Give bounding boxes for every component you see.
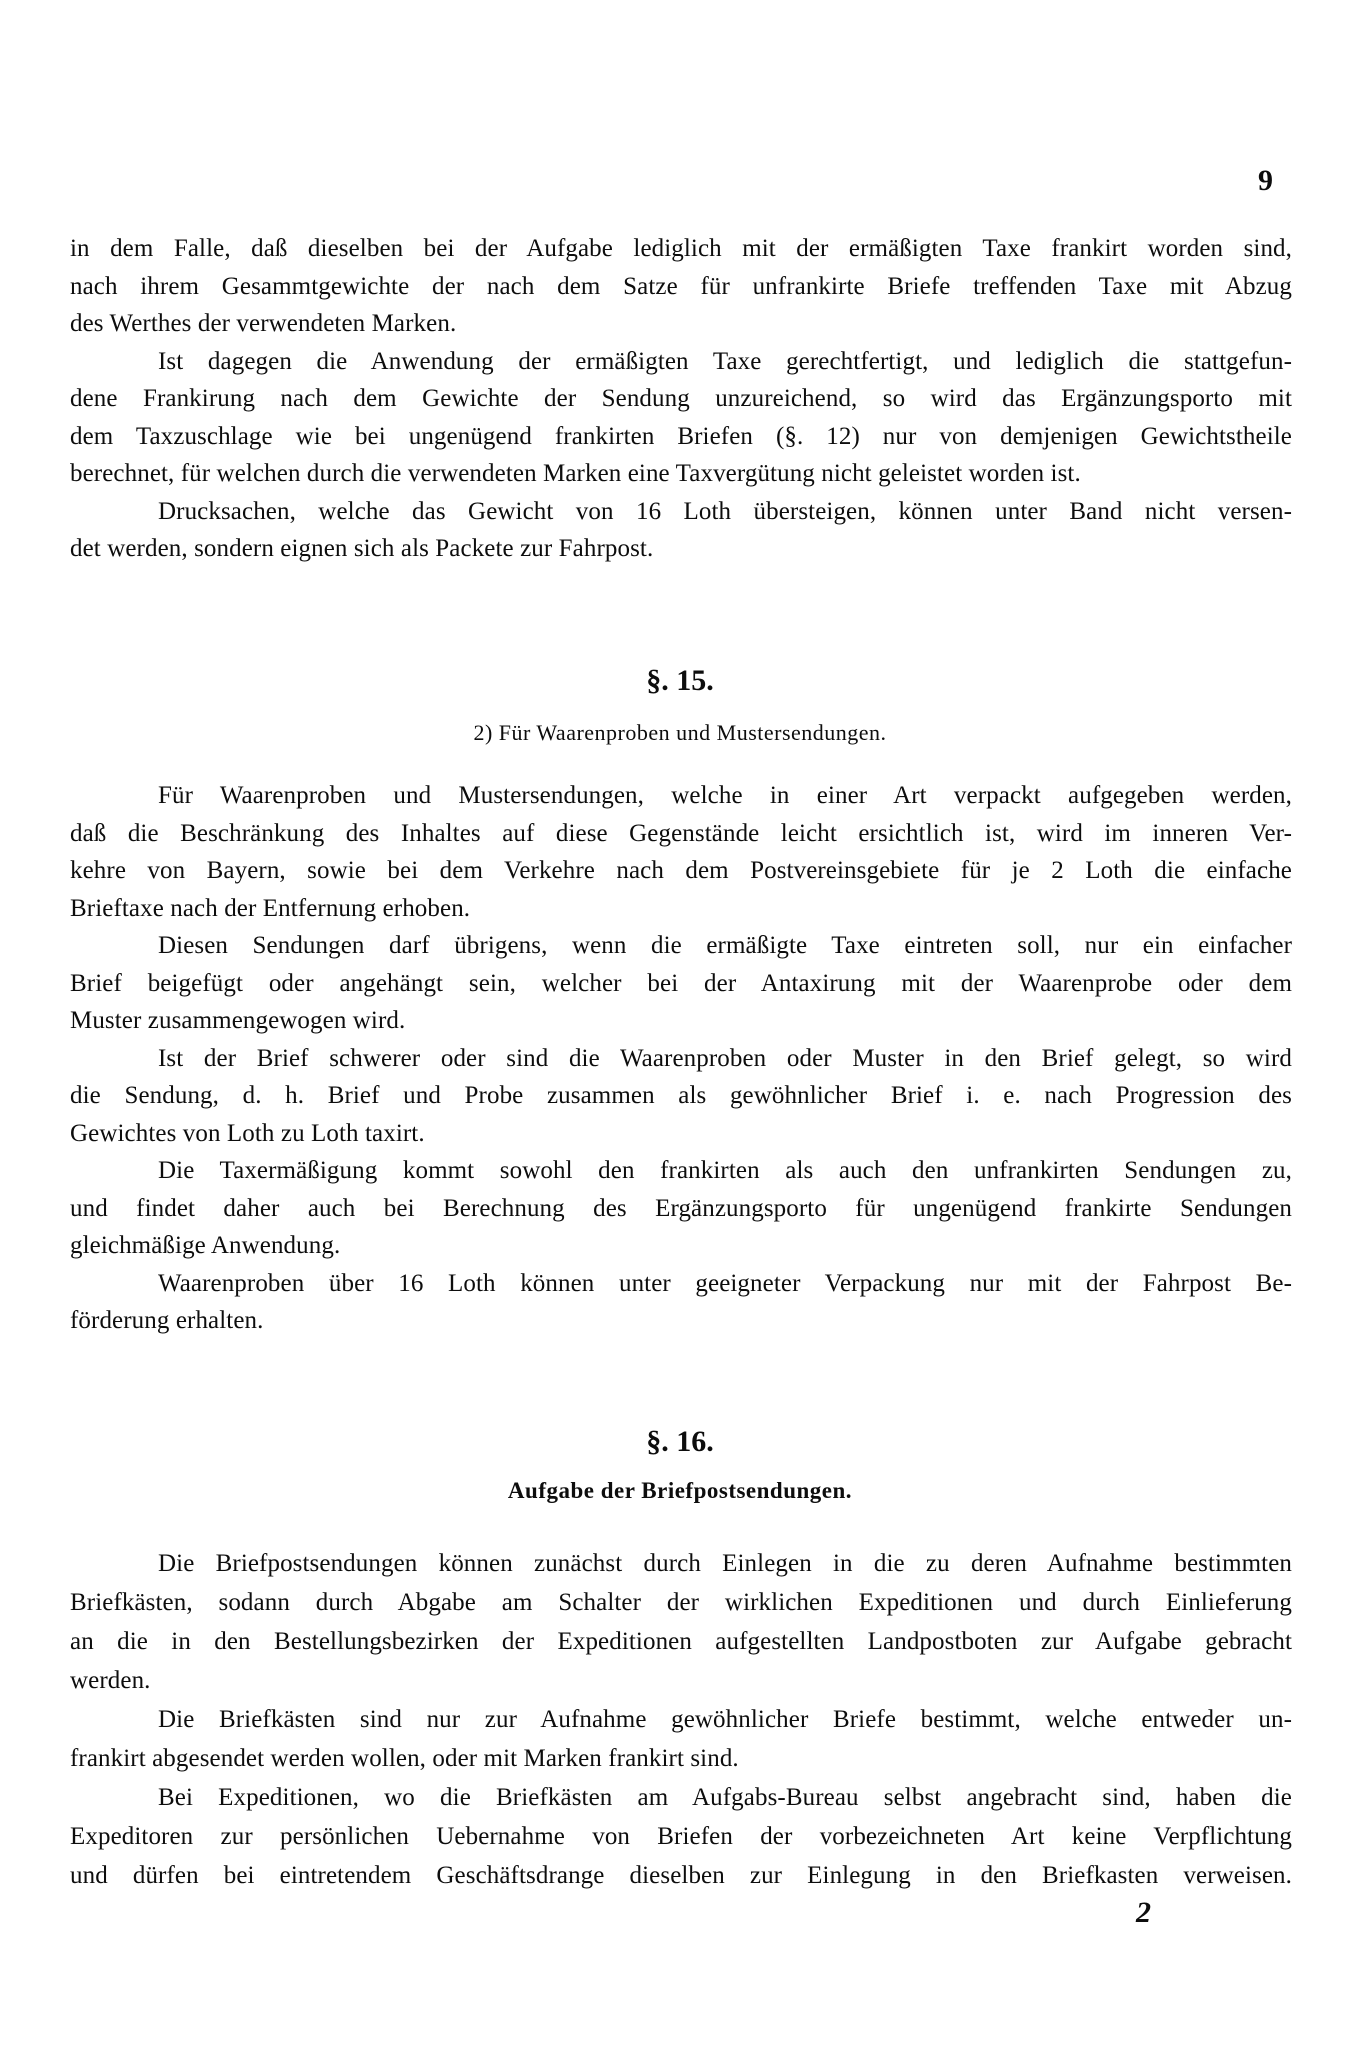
intro-block: in dem Falle, daß dieselben bei der Aufg… [70, 230, 1292, 568]
text-line: förderung erhalten. [70, 1302, 1292, 1340]
section-15-heading: §. 15. [0, 664, 1360, 698]
text-line: daß die Beschränkung des Inhaltes auf di… [70, 815, 1292, 853]
text-line: Die Briefpostsendungen können zunächst d… [70, 1544, 1292, 1583]
section-15-subtitle: 2) Für Waarenproben und Mustersendungen. [0, 720, 1360, 746]
text-line: Brieftaxe nach der Entfernung erhoben. [70, 890, 1292, 928]
text-line: werden. [70, 1661, 1292, 1700]
paragraph: Diesen Sendungen darf übrigens, wenn die… [70, 927, 1292, 1040]
text-line: Brief beigefügt oder angehängt sein, wel… [70, 965, 1292, 1003]
section-16-subtitle: Aufgabe der Briefpostsendungen. [0, 1478, 1360, 1504]
text-line: det werden, sondern eignen sich als Pack… [70, 530, 1292, 568]
text-line: Gewichtes von Loth zu Loth taxirt. [70, 1115, 1292, 1153]
text-line: gleichmäßige Anwendung. [70, 1227, 1292, 1265]
text-line: Ist dagegen die Anwendung der ermäßigten… [70, 343, 1292, 381]
page-number: 9 [1258, 164, 1273, 198]
text-line: in dem Falle, daß dieselben bei der Aufg… [70, 230, 1292, 268]
text-line: Briefkästen, sodann durch Abgabe am Scha… [70, 1583, 1292, 1622]
text-line: berechnet, für welchen durch die verwend… [70, 455, 1292, 493]
paragraph: Die Briefkästen sind nur zur Aufnahme ge… [70, 1700, 1292, 1778]
signature-mark: 2 [1136, 1896, 1151, 1930]
text-line: dem Taxzuschlage wie bei ungenügend fran… [70, 418, 1292, 456]
text-line: des Werthes der verwendeten Marken. [70, 305, 1292, 343]
section-16-heading: §. 16. [0, 1425, 1360, 1459]
text-line: Muster zusammengewogen wird. [70, 1002, 1292, 1040]
text-line: frankirt abgesendet werden wollen, oder … [70, 1739, 1292, 1778]
paragraph: Die Briefpostsendungen können zunächst d… [70, 1544, 1292, 1700]
text-line: Drucksachen, welche das Gewicht von 16 L… [70, 493, 1292, 531]
paragraph: Bei Expeditionen, wo die Briefkästen am … [70, 1778, 1292, 1895]
text-line: Bei Expeditionen, wo die Briefkästen am … [70, 1778, 1292, 1817]
paragraph: Waarenproben über 16 Loth können unter g… [70, 1265, 1292, 1340]
text-line: Die Briefkästen sind nur zur Aufnahme ge… [70, 1700, 1292, 1739]
paragraph: Die Taxermäßigung kommt sowohl den frank… [70, 1152, 1292, 1265]
text-line: dene Frankirung nach dem Gewichte der Se… [70, 380, 1292, 418]
text-line: Die Taxermäßigung kommt sowohl den frank… [70, 1152, 1292, 1190]
text-line: Ist der Brief schwerer oder sind die Waa… [70, 1040, 1292, 1078]
text-line: die Sendung, d. h. Brief und Probe zusam… [70, 1077, 1292, 1115]
paragraph: in dem Falle, daß dieselben bei der Aufg… [70, 230, 1292, 343]
text-line: Waarenproben über 16 Loth können unter g… [70, 1265, 1292, 1303]
text-line: kehre von Bayern, sowie bei dem Verkehre… [70, 852, 1292, 890]
section-15-body: Für Waarenproben und Mustersendungen, we… [70, 777, 1292, 1340]
text-line: nach ihrem Gesammtgewichte der nach dem … [70, 268, 1292, 306]
text-line: und dürfen bei eintretendem Geschäftsdra… [70, 1856, 1292, 1895]
paragraph: Ist dagegen die Anwendung der ermäßigten… [70, 343, 1292, 493]
text-line: Diesen Sendungen darf übrigens, wenn die… [70, 927, 1292, 965]
text-line: und findet daher auch bei Berechnung des… [70, 1190, 1292, 1228]
text-line: Expeditoren zur persönlichen Uebernahme … [70, 1817, 1292, 1856]
text-line: an die in den Bestellungsbezirken der Ex… [70, 1622, 1292, 1661]
text-line: Für Waarenproben und Mustersendungen, we… [70, 777, 1292, 815]
paragraph: Für Waarenproben und Mustersendungen, we… [70, 777, 1292, 927]
section-16-body: Die Briefpostsendungen können zunächst d… [70, 1544, 1292, 1895]
paragraph: Drucksachen, welche das Gewicht von 16 L… [70, 493, 1292, 568]
paragraph: Ist der Brief schwerer oder sind die Waa… [70, 1040, 1292, 1153]
